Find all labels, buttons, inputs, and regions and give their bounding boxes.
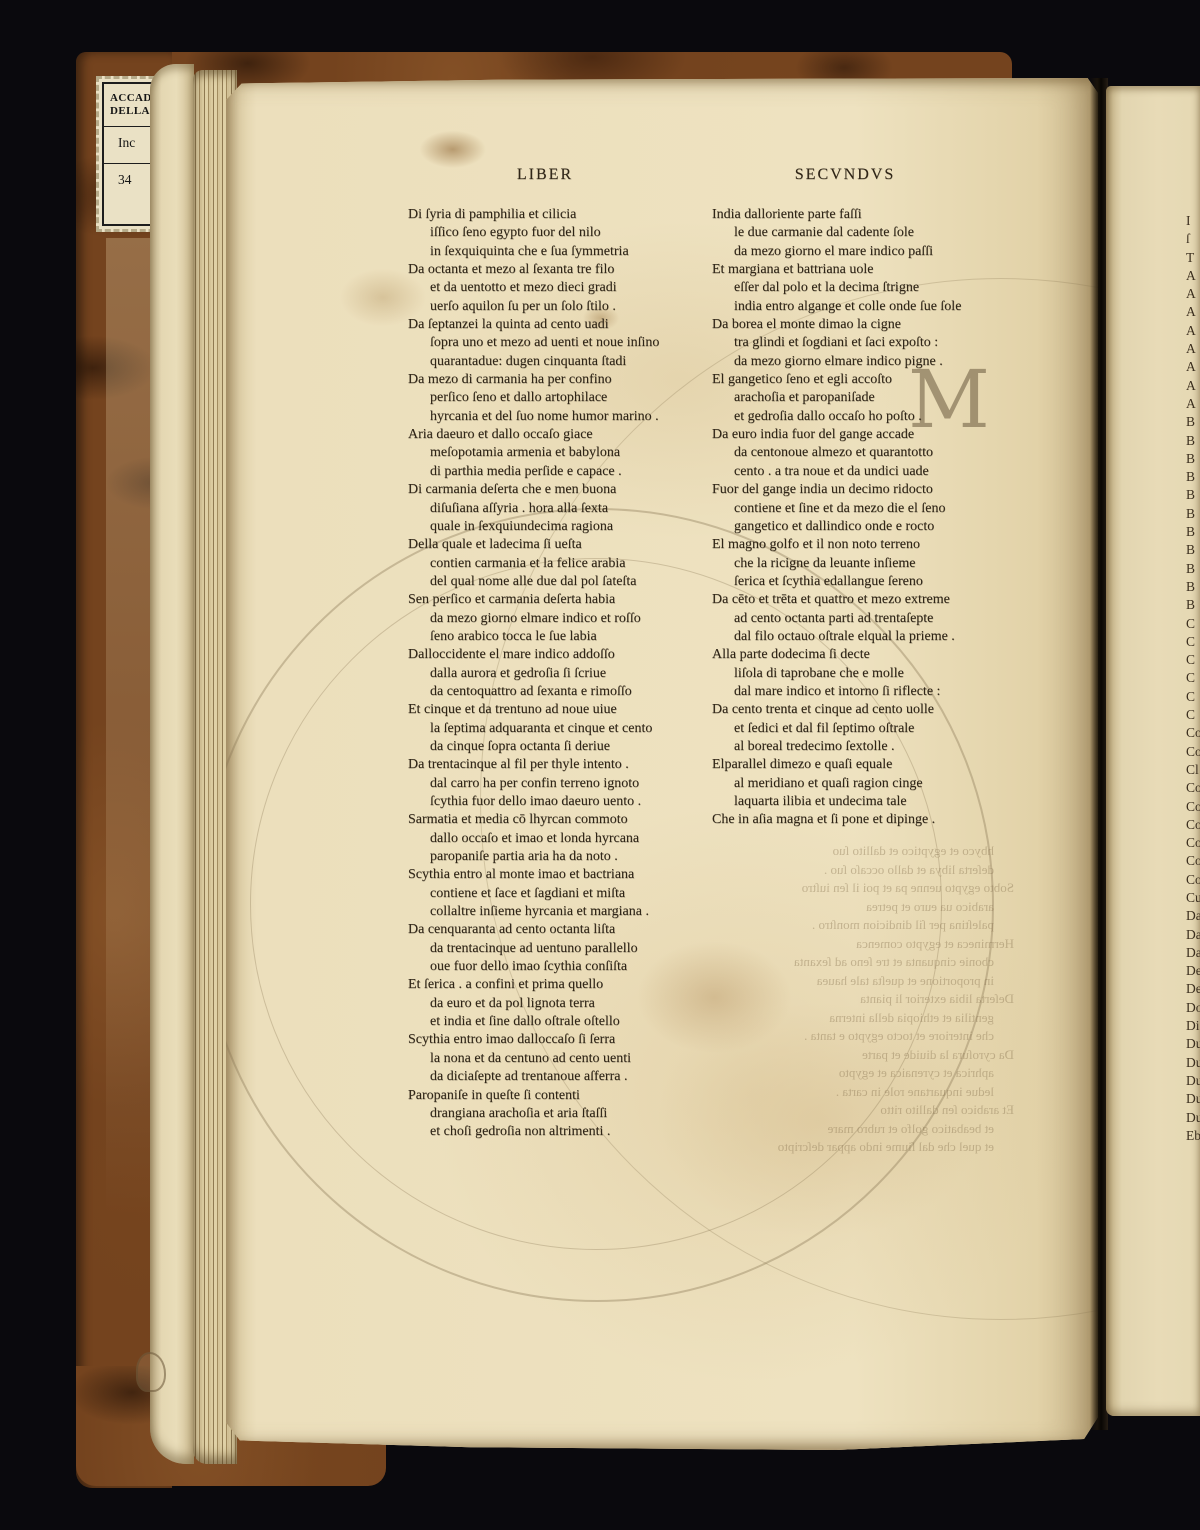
edge-text-fragment: B (1186, 505, 1200, 523)
verse-line: et ſedici et dal fil ſeptimo oſtrale (712, 720, 1012, 738)
edge-text-fragment: B (1186, 486, 1200, 504)
edge-text-fragment: Do (1186, 999, 1200, 1017)
edge-text-fragment: C (1186, 651, 1200, 669)
edge-text-fragment: Da (1186, 926, 1200, 944)
edge-text-fragment: Cu (1186, 889, 1200, 907)
verse-line: ſopra uno et mezo ad uenti et noue inſin… (408, 334, 708, 352)
verse-line: al boreal tredecimo ſextolle . (712, 738, 1012, 756)
verse-line: Fuor del gange india un decimo ridocto (712, 481, 1012, 499)
verse-line: Da mezo di carmania ha per confino (408, 371, 708, 389)
verse-line: da euro et da pol lignota terra (408, 995, 708, 1013)
edge-text-fragment: Co (1186, 779, 1200, 797)
verse-line: dallo occaſo et imao et londa hyrcana (408, 830, 708, 848)
edge-text-fragment: Eb (1186, 1127, 1200, 1145)
verse-line: drangiana arachoſia et aria ſtaſſi (408, 1105, 708, 1123)
verse-line: che la ricigne da leuante inſieme (712, 555, 1012, 573)
verse-line: Da cenquaranta ad cento octanta liſta (408, 921, 708, 939)
verse-line: quarantadue: dugen cinquanta ſtadi (408, 353, 708, 371)
verse-line: quale in ſexquiundecima ragiona (408, 518, 708, 536)
verse-line: in ſexquiquinta che e ſua ſymmetria (408, 243, 708, 261)
verse-line: uerſo aquilon ſu per un ſolo ſtilo . (408, 298, 708, 316)
verse-line: Dalloccidente el mare indico addoſſo (408, 646, 708, 664)
verse-line: Di carmania deſerta che e men buona (408, 481, 708, 499)
edge-text-fragment: Cl (1186, 761, 1200, 779)
edge-text-fragment: B (1186, 468, 1200, 486)
verse-line: Da cento trenta et cinque ad cento uolle (712, 701, 1012, 719)
verse-line: la nona et da centuno ad cento uenti (408, 1050, 708, 1068)
verse-line: El gangetico ſeno et egli accoſto (712, 371, 1012, 389)
edge-text-fragment: B (1186, 450, 1200, 468)
edge-text-fragment: Da (1186, 944, 1200, 962)
edge-text-fragment: A (1186, 285, 1200, 303)
flyleaf-page-edge (150, 64, 194, 1464)
verse-line: et da uentotto et mezo dieci gradi (408, 279, 708, 297)
verse-line: collaltre inſieme hyrcania et margiana . (408, 903, 708, 921)
right-text-column: India dalloriente parte faſſile due carm… (712, 206, 1012, 830)
verse-line: Di ſyria di pamphilia et cilicia (408, 206, 708, 224)
verse-line: Aria daeuro et dallo occaſo giace (408, 426, 708, 444)
edge-text-fragment: C (1186, 706, 1200, 724)
verse-line: tra glindi et ſogdiani et ſaci expoſto : (712, 334, 1012, 352)
verse-line: et choſi gedroſia non altrimenti . (408, 1123, 708, 1141)
edge-text-fragment: De (1186, 980, 1200, 998)
verse-line: paropaniſe partia aria ha da noto . (408, 848, 708, 866)
edge-text-fragment: Co (1186, 724, 1200, 742)
verse-line: hyrcania et del ſuo nome humor marino . (408, 408, 708, 426)
verse-line: liſola di taprobane che e molle (712, 665, 1012, 683)
edge-text-fragment: C (1186, 669, 1200, 687)
edge-text-fragment: T (1186, 249, 1200, 267)
edge-text-fragment: Da (1186, 907, 1200, 925)
verse-line: Et ſerica . a confini et prima quello (408, 976, 708, 994)
edge-text-fragment: Di (1186, 1017, 1200, 1035)
verse-line: Da octanta et mezo al ſexanta tre filo (408, 261, 708, 279)
verse-line: perſico ſeno et dallo artophilace (408, 389, 708, 407)
next-page-edge-text: IſTAAAAAAAABBBBBBBBBBBCCCCCCCoCoClCoCoCo… (1186, 212, 1200, 1145)
verse-line: Che in aſia magna et ſi pone et dipinge … (712, 811, 1012, 829)
running-header-liber: LIBER (430, 166, 660, 184)
verse-line: del qual nome alle due dal pol ſateſta (408, 573, 708, 591)
verse-line: meſopotamia armenia et babylona (408, 444, 708, 462)
verse-line: India dalloriente parte faſſi (712, 206, 1012, 224)
edge-text-fragment: C (1186, 615, 1200, 633)
verse-line: diſuſiana aſſyria . hora alla ſexta (408, 500, 708, 518)
running-header-secundus: SECVNDVS (730, 166, 960, 184)
verse-line: contien carmania et la felice arabia (408, 555, 708, 573)
edge-text-fragment: B (1186, 541, 1200, 559)
verse-line: Scythia entro imao dalloccaſo ſi ſerra (408, 1031, 708, 1049)
verse-line: contiene et ſine et da mezo die el ſeno (712, 500, 1012, 518)
verse-line: Da cēto et trēta et quattro et mezo extr… (712, 591, 1012, 609)
edge-text-fragment: B (1186, 560, 1200, 578)
verse-line: da mezo giorno elmare indico pigne . (712, 353, 1012, 371)
verse-line: da centoquattro ad ſexanta e rimoſſo (408, 683, 708, 701)
edge-text-fragment: Co (1186, 852, 1200, 870)
edge-text-fragment: ſ (1186, 230, 1200, 248)
verse-line: dal mare indico et intorno ſi riflecte : (712, 683, 1012, 701)
wormhole-mark (136, 1352, 166, 1392)
edge-text-fragment: I (1186, 212, 1200, 230)
edge-text-fragment: C (1186, 688, 1200, 706)
edge-text-fragment: Co (1186, 798, 1200, 816)
verse-line: arachoſia et paropaniſade (712, 389, 1012, 407)
left-text-column: Di ſyria di pamphilia et ciliciaiſſico ſ… (408, 206, 708, 1142)
edge-text-fragment: A (1186, 377, 1200, 395)
verse-line: Alla parte dodecima ſi decte (712, 646, 1012, 664)
verse-line: di parthia media perſide e capace . (408, 463, 708, 481)
edge-text-fragment: A (1186, 267, 1200, 285)
edge-text-fragment: Co (1186, 743, 1200, 761)
edge-text-fragment: Co (1186, 834, 1200, 852)
verse-line: dal carro ha per confin terreno ignoto (408, 775, 708, 793)
edge-text-fragment: Du (1186, 1054, 1200, 1072)
verse-line: Della quale et ladecima ſi ueſta (408, 536, 708, 554)
edge-text-fragment: De (1186, 962, 1200, 980)
verse-line: da mezo giorno el mare indico paſſi (712, 243, 1012, 261)
verse-line: Et margiana et battriana uole (712, 261, 1012, 279)
verse-line: Da borea el monte dimao la cigne (712, 316, 1012, 334)
edge-text-fragment: B (1186, 413, 1200, 431)
verse-line: gangetico et dallindico onde e rocto (712, 518, 1012, 536)
verse-line: Da trentacinque al fil per thyle intento… (408, 756, 708, 774)
verse-line: Da euro india fuor del gange accade (712, 426, 1012, 444)
edge-text-fragment: Du (1186, 1109, 1200, 1127)
edge-text-fragment: Co (1186, 816, 1200, 834)
verse-line: dal filo octauo oſtrale elqual la prieme… (712, 628, 1012, 646)
verse-line: laquarta ilibia et undecima tale (712, 793, 1012, 811)
edge-text-fragment: A (1186, 358, 1200, 376)
verse-line: ſeno arabico tocca le ſue labia (408, 628, 708, 646)
verse-line: Sarmatia et media cō lhyrcan commoto (408, 811, 708, 829)
verse-line: ad cento octanta parti ad trentaſepte (712, 610, 1012, 628)
verse-line: la ſeptima adquaranta et cinque et cento (408, 720, 708, 738)
verse-line: oue fuor dello imao ſcythia conſiſta (408, 958, 708, 976)
verse-line: da mezo giorno elmare indico et roſſo (408, 610, 708, 628)
verse-line: ſerica et ſcythia edallangue ſereno (712, 573, 1012, 591)
verse-line: le due carmanie dal cadente ſole (712, 224, 1012, 242)
verse-line: eſſer dal polo et la decima ſtrigne (712, 279, 1012, 297)
edge-text-fragment: Du (1186, 1035, 1200, 1053)
verse-line: cento . a tra noue et da undici uade (712, 463, 1012, 481)
edge-text-fragment: A (1186, 303, 1200, 321)
verse-line: india entro algange et colle onde ſue ſo… (712, 298, 1012, 316)
verse-line: Da ſeptanzei la quinta ad cento uadi (408, 316, 708, 334)
book-photo: ACCAD DELLA C Inc 34 IſTAAAAAAAABBBBBBBB… (0, 0, 1200, 1530)
edge-text-fragment: A (1186, 395, 1200, 413)
verse-line: da trentacinque ad uentuno parallello (408, 940, 708, 958)
verse-line: et india et ſine dallo oſtrale oſtello (408, 1013, 708, 1031)
edge-text-fragment: B (1186, 596, 1200, 614)
verse-line: Et cinque et da trentuno ad noue uiue (408, 701, 708, 719)
edge-text-fragment: Du (1186, 1090, 1200, 1108)
verse-line: iſſico ſeno egypto fuor del nilo (408, 224, 708, 242)
verse-line: da centonoue almezo et quarantotto (712, 444, 1012, 462)
verse-line: da cinque ſopra octanta ſi deriue (408, 738, 708, 756)
verse-line: ſcythia fuor dello imao daeuro uento . (408, 793, 708, 811)
edge-text-fragment: C (1186, 633, 1200, 651)
edge-text-fragment: B (1186, 432, 1200, 450)
edge-text-fragment: A (1186, 340, 1200, 358)
verse-line: Scythia entro al monte imao et bactriana (408, 866, 708, 884)
edge-text-fragment: B (1186, 523, 1200, 541)
verse-line: et gedroſia dallo occaſo ho poſto . (712, 408, 1012, 426)
edge-text-fragment: Co (1186, 871, 1200, 889)
verse-line: contiene et ſace et ſagdiani et miſta (408, 885, 708, 903)
edge-text-fragment: A (1186, 322, 1200, 340)
verse-line: al meridiano et quaſi ragion cinge (712, 775, 1012, 793)
verse-line: da diciaſepte ad trentanoue aſferra . (408, 1068, 708, 1086)
verse-line: Sen perſico et carmania deſerta habia (408, 591, 708, 609)
verse-line: dalla aurora et gedroſia ſi ſcriue (408, 665, 708, 683)
edge-text-fragment: Du (1186, 1072, 1200, 1090)
edge-text-fragment: B (1186, 578, 1200, 596)
verse-line: Paropaniſe in queſte ſi contenti (408, 1087, 708, 1105)
verse-line: El magno golfo et il non noto terreno (712, 536, 1012, 554)
verse-line: Elparallel dimezo e quaſi equale (712, 756, 1012, 774)
